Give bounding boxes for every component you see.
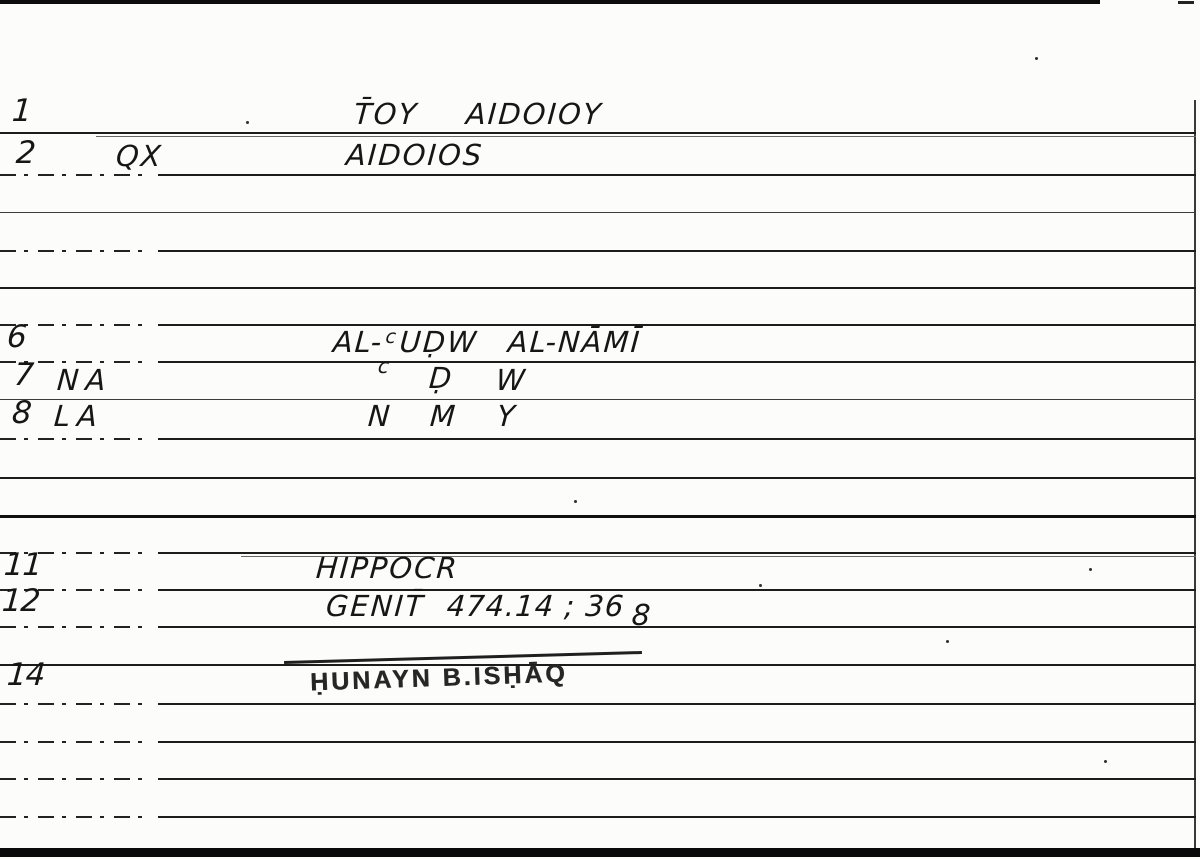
card-bottom-border bbox=[0, 848, 1200, 857]
scanned-index-card: 1 T̄OY AIDOIOY 2 QX AIDOIOS 6 AL-cUḌWAL-… bbox=[0, 0, 1200, 859]
scan-speck bbox=[246, 121, 249, 124]
entry2-word-aidoios: AIDOIOS bbox=[345, 141, 484, 170]
ruled-line bbox=[158, 250, 1196, 252]
ruled-line bbox=[0, 399, 1196, 400]
entry14-number: 14 bbox=[6, 660, 46, 691]
scan-speck bbox=[1104, 760, 1107, 763]
ruled-line bbox=[158, 778, 1196, 780]
scan-speck bbox=[1035, 57, 1038, 60]
entry1-word-aidoioy: AIDOIOY bbox=[465, 100, 604, 129]
scan-speck bbox=[574, 500, 577, 503]
ruled-line bbox=[0, 132, 1196, 134]
ruled-line bbox=[158, 438, 1196, 440]
entry1-word-toy: T̄OY bbox=[353, 100, 419, 129]
ruled-line bbox=[158, 703, 1196, 705]
entry12-word-genit: GENIT̄ bbox=[325, 589, 426, 623]
entry8-number: 8 bbox=[11, 398, 32, 429]
entry12-ref-digit: 8 bbox=[631, 598, 654, 632]
ruled-line bbox=[158, 589, 1196, 591]
entry8-code-la: LA bbox=[53, 402, 105, 431]
entry2-number: 2 bbox=[15, 138, 36, 169]
ruled-line bbox=[158, 552, 1196, 554]
entry6-word-alnami: AL-NĀMĪ bbox=[507, 325, 643, 359]
card-top-border bbox=[0, 0, 1100, 4]
ruled-line bbox=[0, 212, 1196, 213]
ruled-line bbox=[158, 626, 1196, 628]
entry6-word-udw: UḌW bbox=[399, 325, 480, 359]
entry8-letter-m: M bbox=[429, 402, 458, 431]
ruled-line bbox=[158, 741, 1196, 743]
entry12-reference: GENIT̄474.14 ; 368 bbox=[325, 592, 654, 621]
entry6-number: 6 bbox=[6, 322, 27, 353]
ruled-line bbox=[158, 361, 1196, 363]
ruled-line bbox=[158, 174, 1196, 176]
entry12-ref-numbers: 474.14 ; 36 bbox=[446, 589, 626, 623]
scan-speck bbox=[759, 584, 762, 587]
ruled-line bbox=[0, 477, 1196, 479]
entry12-number: 12 bbox=[1, 586, 41, 617]
ruled-line bbox=[0, 287, 1196, 289]
scan-speck bbox=[1089, 568, 1092, 571]
entry6-arabic-title: AL-cUḌWAL-NĀMĪ bbox=[332, 328, 642, 357]
entry7-letter-dad: Ḍ bbox=[428, 364, 454, 393]
ruled-line bbox=[158, 324, 1196, 326]
entry2-code-qx: QX bbox=[115, 142, 164, 171]
entry6-prefix: AL- bbox=[332, 325, 385, 359]
entry7-number: 7 bbox=[13, 360, 34, 391]
scan-speck bbox=[946, 640, 949, 643]
entry11-number: 11 bbox=[3, 550, 43, 581]
entry7-code-na: NA bbox=[56, 366, 114, 395]
ruled-line bbox=[0, 515, 1196, 518]
entry6-ain-superscript: c bbox=[385, 326, 399, 348]
card-top-border-tick bbox=[1178, 1, 1194, 4]
entry8-letter-y: Y bbox=[496, 402, 518, 431]
ruled-line bbox=[0, 664, 1196, 666]
entry7-letter-ain: c bbox=[377, 356, 391, 376]
entry1-number: 1 bbox=[11, 96, 32, 127]
ruled-line bbox=[158, 816, 1196, 818]
entry11-word-hippocr: HIPPOCR bbox=[315, 554, 460, 583]
entry8-letter-n: N bbox=[367, 402, 393, 431]
entry7-letter-waw: W bbox=[495, 366, 528, 395]
stamp-edge-smudge bbox=[284, 651, 642, 664]
